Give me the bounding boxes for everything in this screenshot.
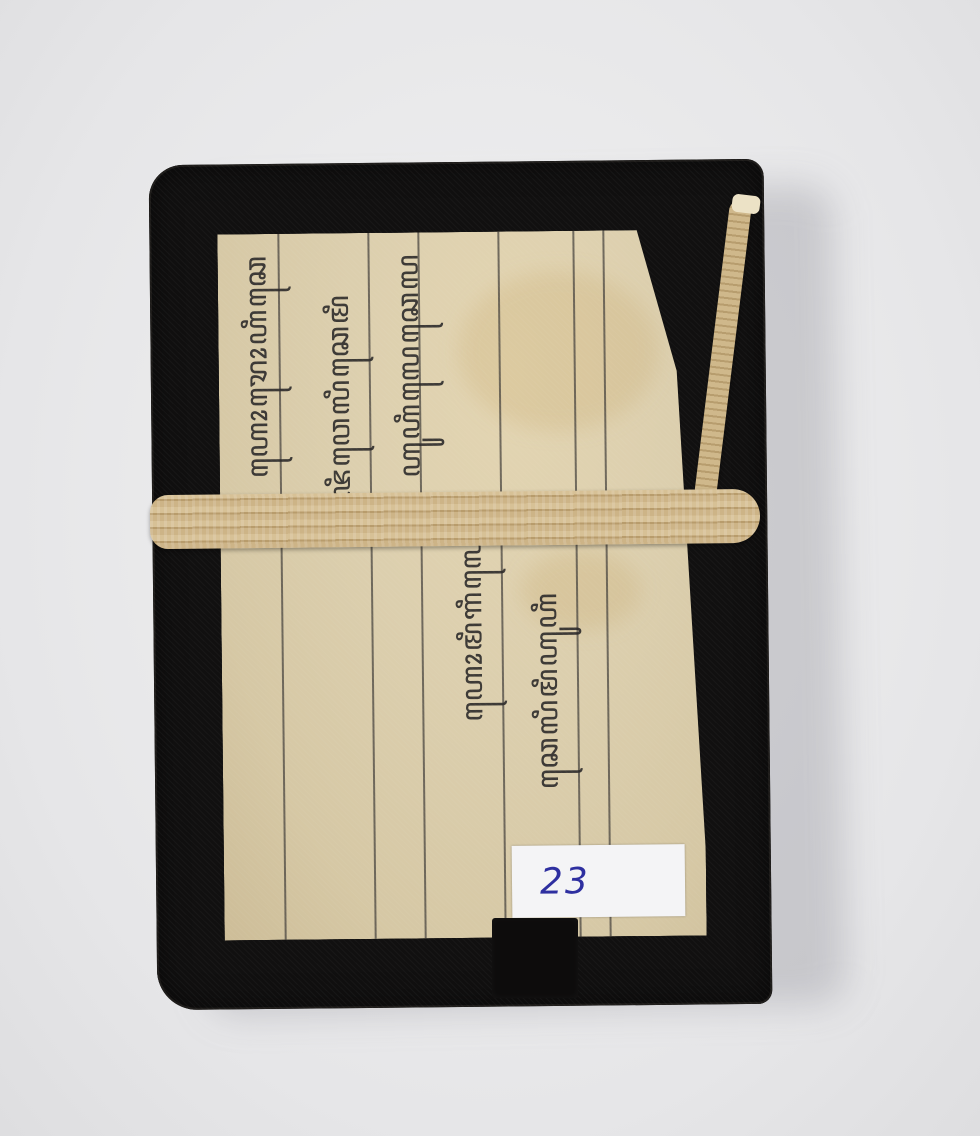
ruled-line	[417, 232, 426, 938]
script-line: ꦲꦸꦲꦶꦭꦺꦕꦺꦭ	[378, 252, 441, 478]
cord-frayed-tip	[731, 193, 761, 214]
cloth-tab	[492, 918, 578, 998]
tied-cord	[150, 489, 761, 549]
script-line: ꦲꦺꦴꦫꦺꦴꦲꦶꦕꦺ	[226, 254, 289, 479]
ruled-line	[367, 233, 376, 939]
ruled-line	[497, 232, 506, 938]
catalog-number: 23	[540, 861, 590, 903]
ruled-line	[277, 234, 286, 940]
manuscript-page: ꦲꦺꦴꦫꦺꦴꦲꦶꦕꦺ ꦗꦶꦮꦺꦭꦶꦕꦺꦩꦶ ꦲꦸꦲꦶꦭꦺꦕꦺꦭ ꦲꦺꦴꦩꦶꦒꦶꦭ…	[217, 229, 706, 940]
paper-stain	[458, 270, 660, 432]
script-line: ꦕꦺꦭꦶꦩꦶꦲꦸꦲꦶ	[516, 591, 579, 790]
script-line: ꦲꦺꦴꦩꦶꦒꦶꦭꦺ	[440, 532, 503, 723]
ruled-line	[572, 231, 581, 937]
script-line: ꦗꦶꦮꦺꦭꦶꦕꦺꦩꦶ	[308, 293, 371, 499]
catalog-number-label: 23	[512, 844, 686, 918]
paper-stain	[521, 550, 642, 631]
ruled-line	[602, 230, 611, 936]
